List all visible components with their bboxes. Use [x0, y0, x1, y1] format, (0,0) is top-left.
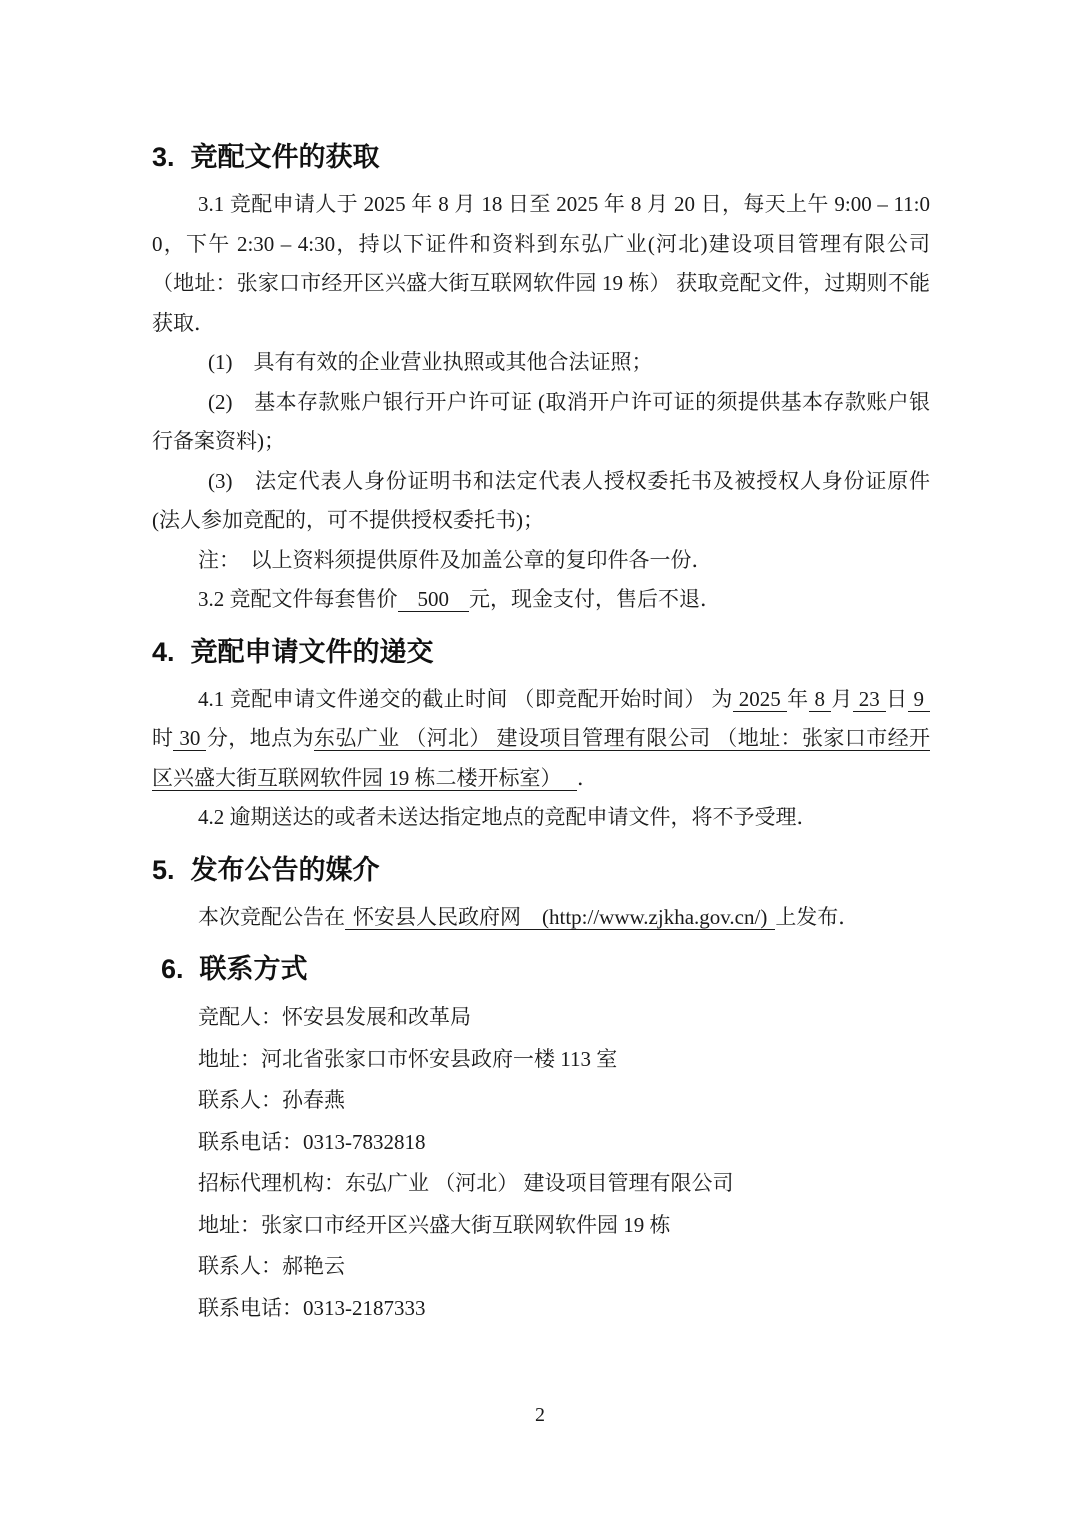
contact-line-bidder-phone: 联系电话：0313-7832818: [152, 1122, 930, 1164]
month-blank-underlined: 8: [809, 687, 832, 712]
section-3-title: 竞配文件的获取: [191, 142, 380, 172]
deadline-label: 4.1 竞配申请文件递交的截止时间 （即竞配开始时间） 为: [198, 687, 733, 711]
section-4-title: 竞配申请文件的递交: [191, 637, 434, 667]
list-item-3: (3) 法定代表人身份证明书和法定代表人授权委托书及被授权人身份证原件 (法人参…: [152, 462, 930, 541]
section-6-heading: 6.联系方式: [152, 952, 930, 986]
location-label: 分，地点为: [206, 726, 313, 750]
contact-line-agency-address: 地址：张家口市经开区兴盛大街互联网软件园 19 栋: [152, 1205, 930, 1247]
contact-block: 竞配人：怀安县发展和改革局 地址：河北省张家口市怀安县政府一楼 113 室 联系…: [152, 997, 930, 1329]
section-5-title: 发布公告的媒介: [191, 855, 380, 885]
media-name-underlined: 怀安县人民政府网 (http://www.zjkha.gov.cn/): [345, 905, 775, 930]
day-unit: 日: [886, 687, 908, 711]
section-3-heading: 3.竞配文件的获取: [152, 140, 930, 174]
hour-blank-underlined: 9: [908, 687, 931, 712]
price-blank-underlined: 500: [398, 587, 470, 612]
page-number: 2: [0, 1404, 1080, 1427]
paragraph-3-2-tail: 元，现金支付，售后不退．: [469, 587, 721, 611]
section-6-number: 6.: [161, 954, 184, 984]
contact-line-bidder-address: 地址：河北省张家口市怀安县政府一楼 113 室: [152, 1039, 930, 1081]
section-4-number: 4.: [152, 637, 175, 667]
media-tail: 上发布．: [775, 905, 859, 929]
paragraph-3-2: 3.2 竞配文件每套售价500元，现金支付，售后不退．: [152, 580, 930, 620]
hour-unit: 时: [152, 726, 173, 750]
document-page: 3.竞配文件的获取 3.1 竞配申请人于 2025 年 8 月 18 日至 20…: [0, 0, 1080, 1527]
sentence-period: ．: [577, 766, 598, 790]
section-6-title: 联系方式: [200, 954, 308, 984]
document-content: 3.竞配文件的获取 3.1 竞配申请人于 2025 年 8 月 18 日至 20…: [152, 140, 930, 1329]
section-3-number: 3.: [152, 142, 175, 172]
list-item-1: (1) 具有有效的企业营业执照或其他合法证照；: [152, 343, 930, 383]
contact-line-agency-person: 联系人：郝艳云: [152, 1246, 930, 1288]
contact-line-agency-phone: 联系电话：0313-2187333: [152, 1288, 930, 1330]
list-item-2: (2) 基本存款账户银行开户许可证 (取消开户许可证的须提供基本存款账户银行备案…: [152, 383, 930, 462]
paragraph-3-1: 3.1 竞配申请人于 2025 年 8 月 18 日至 2025 年 8 月 2…: [152, 185, 930, 343]
month-unit: 月: [831, 687, 853, 711]
section-5-number: 5.: [152, 855, 175, 885]
minute-blank-underlined: 30: [173, 726, 206, 751]
day-blank-underlined: 23: [853, 687, 886, 712]
paragraph-4-2: 4.2 逾期送达的或者未送达指定地点的竞配申请文件，将不予受理．: [152, 798, 930, 838]
contact-line-agency: 招标代理机构：东弘广业 （河北） 建设项目管理有限公司: [152, 1163, 930, 1205]
section-4-heading: 4.竞配申请文件的递交: [152, 635, 930, 669]
note-line: 注： 以上资料须提供原件及加盖公章的复印件各一份．: [152, 541, 930, 581]
media-label: 本次竞配公告在: [198, 905, 345, 929]
paragraph-5: 本次竞配公告在怀安县人民政府网 (http://www.zjkha.gov.cn…: [152, 898, 930, 938]
paragraph-3-2-text: 3.2 竞配文件每套售价: [198, 587, 398, 611]
year-unit: 年: [787, 687, 809, 711]
year-blank-underlined: 2025: [733, 687, 787, 712]
section-5-heading: 5.发布公告的媒介: [152, 853, 930, 887]
contact-line-bidder-person: 联系人：孙春燕: [152, 1080, 930, 1122]
contact-line-bidder: 竞配人：怀安县发展和改革局: [152, 997, 930, 1039]
paragraph-4-1: 4.1 竞配申请文件递交的截止时间 （即竞配开始时间） 为2025年8月23日9…: [152, 680, 930, 799]
